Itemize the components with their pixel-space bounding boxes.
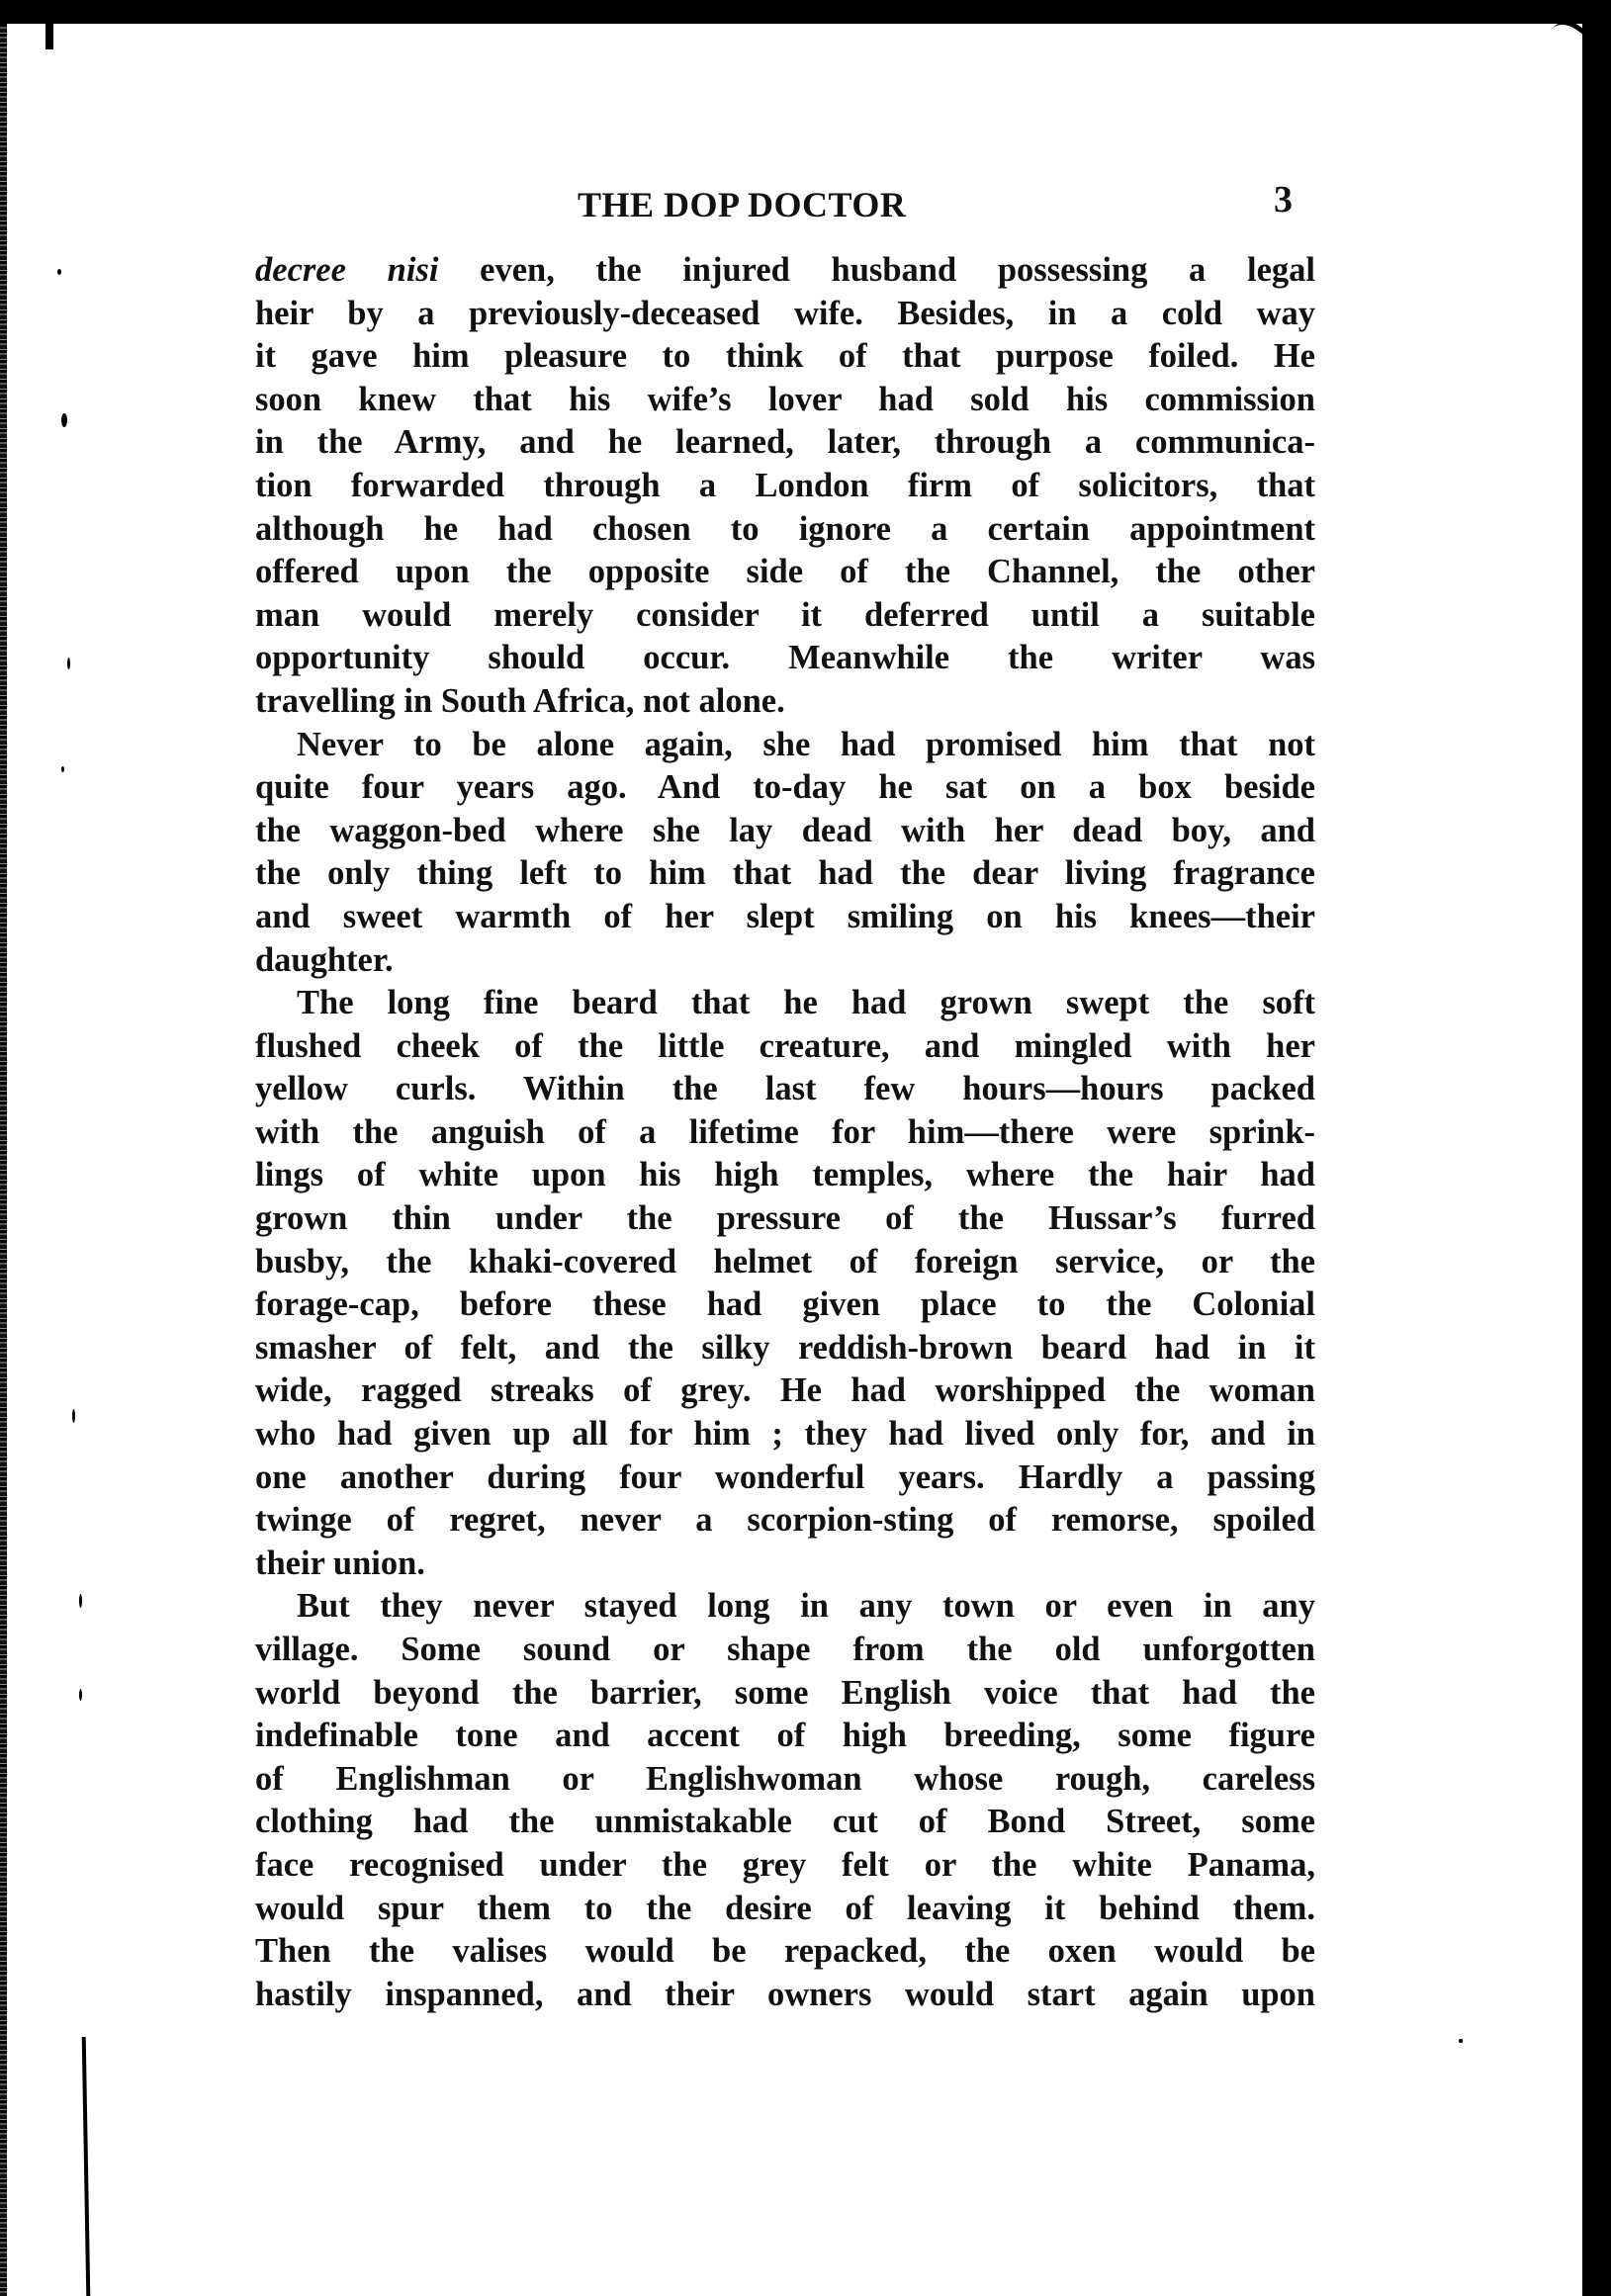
text-line: grown thin under the pressure of the Hus… xyxy=(255,1197,1315,1241)
scan-speck xyxy=(61,413,67,427)
text-line: clothing had the unmistakable cut of Bon… xyxy=(255,1801,1315,1844)
text-line: who had given up all for him ; they had … xyxy=(255,1413,1315,1457)
text-line: opportunity should occur. Meanwhile the … xyxy=(255,637,1315,680)
text-line: flushed cheek of the little creature, an… xyxy=(255,1025,1315,1069)
text-line: man would merely consider it deferred un… xyxy=(255,594,1315,638)
text-line: smasher of felt, and the silky reddish-b… xyxy=(255,1327,1315,1370)
text-line: lings of white upon his high temples, wh… xyxy=(255,1154,1315,1197)
text-line: world beyond the barrier, some English v… xyxy=(255,1672,1315,1716)
page-number: 3 xyxy=(1274,178,1293,221)
text-line: Never to be alone again, she had promise… xyxy=(255,724,1315,767)
scan-artifact-mark xyxy=(45,24,53,49)
scan-speck xyxy=(79,1594,82,1608)
text-line: busby, the khaki-covered helmet of forei… xyxy=(255,1241,1315,1284)
scan-border-top xyxy=(0,0,1611,24)
text-line: hastily inspanned, and their owners woul… xyxy=(255,1974,1315,2017)
running-head: THE DOP DOCTOR xyxy=(578,184,906,225)
scan-speck xyxy=(1459,2039,1463,2043)
text-line: Then the valises would be repacked, the … xyxy=(255,1930,1315,1974)
paragraph: Never to be alone again, she had promise… xyxy=(255,724,1315,983)
text-line: forage-cap, before these had given place… xyxy=(255,1283,1315,1327)
scan-artifact-line xyxy=(82,2037,91,2296)
text-line: The long fine beard that he had grown sw… xyxy=(255,982,1315,1025)
italic-phrase: decree nisi xyxy=(255,251,438,289)
scan-speck xyxy=(72,1409,75,1423)
text-line: tion forwarded through a London firm of … xyxy=(255,465,1315,508)
text-line: twinge of regret, never a scorpion-sting… xyxy=(255,1499,1315,1543)
text-line: But they never stayed long in any town o… xyxy=(255,1585,1315,1629)
text-line: and sweet warmth of her slept smiling on… xyxy=(255,896,1315,939)
text-line: one another during four wonderful years.… xyxy=(255,1457,1315,1500)
text-line: in the Army, and he learned, later, thro… xyxy=(255,421,1315,465)
text-line: village. Some sound or shape from the ol… xyxy=(255,1629,1315,1672)
text-line: it gave him pleasure to think of that pu… xyxy=(255,335,1315,379)
text-line: although he had chosen to ignore a certa… xyxy=(255,508,1315,552)
text-line: quite four years ago. And to-day he sat … xyxy=(255,766,1315,810)
scan-border-left xyxy=(0,24,7,2296)
text-line: face recognised under the grey felt or t… xyxy=(255,1844,1315,1888)
text-line: with the anguish of a lifetime for him—t… xyxy=(255,1111,1315,1155)
text-line: daughter. xyxy=(255,939,1315,983)
text-line: soon knew that his wife’s lover had sold… xyxy=(255,379,1315,422)
text-line: travelling in South Africa, not alone. xyxy=(255,680,1315,724)
text-line: their union. xyxy=(255,1543,1315,1586)
text-line: wide, ragged streaks of grey. He had wor… xyxy=(255,1369,1315,1413)
paragraph: The long fine beard that he had grown sw… xyxy=(255,982,1315,1585)
text-line: yellow curls. Within the last few hours—… xyxy=(255,1068,1315,1111)
scan-border-right xyxy=(1582,0,1611,2296)
scan-speck xyxy=(57,269,61,275)
scan-speck xyxy=(67,658,70,669)
scan-speck xyxy=(61,766,64,772)
body-text: decree nisi even, the injured husband po… xyxy=(255,249,1315,2016)
paragraph: But they never stayed long in any town o… xyxy=(255,1585,1315,2016)
text-line: decree nisi even, the injured husband po… xyxy=(255,249,1315,293)
text-line: of Englishman or Englishwoman whose roug… xyxy=(255,1758,1315,1802)
scan-speck xyxy=(79,1689,82,1701)
text-line: indefinable tone and accent of high bree… xyxy=(255,1715,1315,1758)
text-line: the only thing left to him that had the … xyxy=(255,852,1315,896)
text-line: offered upon the opposite side of the Ch… xyxy=(255,551,1315,594)
text-line: heir by a previously-deceased wife. Besi… xyxy=(255,293,1315,336)
text-line: the waggon-bed where she lay dead with h… xyxy=(255,810,1315,853)
text-line: would spur them to the desire of leaving… xyxy=(255,1888,1315,1931)
paragraph: decree nisi even, the injured husband po… xyxy=(255,249,1315,724)
